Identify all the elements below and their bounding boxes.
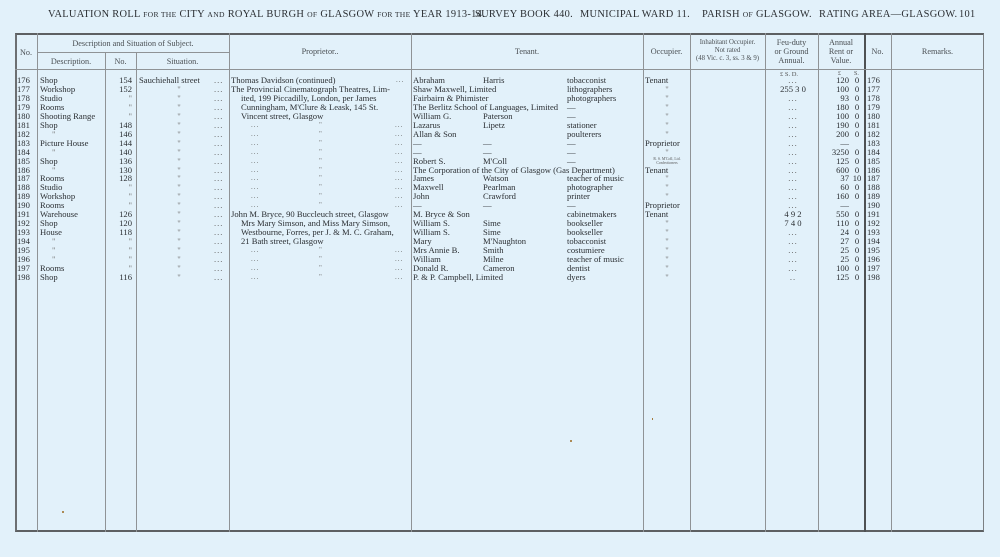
rent-shillings: 0 [851,192,863,201]
tenant-name: P. & P. Campbell, Limited [413,273,493,282]
paper-speck [652,418,653,420]
rent-shillings: 0 [851,273,863,282]
rating-area: RATING AREA—GLASGOW. [819,9,957,20]
header-proprietor: Proprietor.. [229,47,411,56]
header-inhabitant-line: Not rated [690,47,765,55]
rule [37,52,229,53]
header-no: No. [15,48,37,57]
occupier: " [645,148,689,157]
paper-speck [62,511,64,513]
parish: PARISH OF GLASGOW. [702,9,812,20]
tenant-trade: dyers [567,273,637,282]
survey-book: SURVEY BOOK 440. [475,9,573,20]
table-row: 177Workshop152"...Shaw Maxwell, Limitedl… [0,85,1000,94]
header-inhabitant-line: Inhabitant Occupier. [690,39,765,47]
rent-shillings: 0 [851,130,863,139]
table-row: 182"146"...Allan & Sonpoulterers"...2000… [0,130,1000,139]
description: House [40,228,104,237]
description: Shop [40,273,104,282]
table-row: 189Workshop""...JohnCrawfordprinter"...1… [0,192,1000,201]
header-situation: Situation. [136,57,229,66]
header-desc-group: Description and Situation of Subject. [37,39,229,48]
feu-duty: .. [768,273,818,282]
tenant-trade: poulterers [567,130,637,139]
header-rent-line: Value. [818,56,864,65]
description: Picture House [40,139,104,148]
title-valuation-roll: VALUATION ROLL FOR THE CITY AND ROYAL BU… [48,9,485,20]
tenant-surname: Crawford [483,192,553,201]
header-description: Description. [37,57,105,66]
page-title: VALUATION ROLL FOR THE CITY AND ROYAL BU… [48,9,998,23]
description: Shop [40,121,104,130]
table-row: 181Shop148"...LazarusLipetzstationer"...… [0,121,1000,130]
rent-pounds: 125 [818,273,849,282]
tenant-trade: — [567,103,637,112]
table-row: 176Shop154Sauchiehall street...AbrahamHa… [0,76,1000,85]
table-row: 198Shop116"...P. & P. Campbell, Limitedd… [0,273,1000,282]
header-annual-rent: Annual Rent or Value. [818,38,864,65]
tenant-name: John [413,192,493,201]
header-tenant: Tenant. [411,47,643,56]
tenant-name: Allan & Son [413,130,493,139]
tenant-surname: — [483,139,553,148]
header-remarks: Remarks. [891,47,984,56]
header-feu-line: Annual. [765,56,818,65]
row-number-right: 198 [867,273,889,282]
header-feu-line: Feu-duty [765,38,818,47]
description: Shop [40,157,104,166]
street-number: 116 [107,273,132,282]
situation: " [139,273,219,282]
proprietor-line: 21 Bath street, Glasgow [241,237,324,246]
tenant-trade: — [567,148,637,157]
leader-dots: ... [396,76,404,84]
tenant-trade: printer [567,192,637,201]
header-rent-line: Annual [818,38,864,47]
page-number: 101 [959,9,976,20]
municipal-ward: MUNICIPAL WARD 11. [580,9,690,20]
tenant-name: — [413,139,493,148]
table-row: 190Rooms""...———Proprietor...—190 [0,201,1000,210]
header-feu-duty: Feu-duty or Ground Annual. [765,38,818,65]
header-number: No. [105,57,136,66]
header-occupier: Occupier. [643,47,690,56]
header-rent-line: Rent or [818,47,864,56]
proprietor-line: Vincent street, Glasgow [241,112,323,121]
tenant-surname: Lipetz [483,121,553,130]
header-feu-line: or Ground [765,47,818,56]
occupier: " [645,273,689,282]
header-inhabitant: Inhabitant Occupier. Not rated (48 Vic. … [690,39,765,63]
table-row: 183Picture House144"...———Proprietor...—… [0,139,1000,148]
leader-dots: ... [214,273,223,282]
paper-speck [570,440,572,442]
header-inhabitant-line: (48 Vic. c. 3, ss. 3 & 9) [690,55,765,63]
tenant-trade: photographers [567,94,637,103]
tenant-trade: — [567,139,637,148]
row-number: 198 [17,273,37,282]
occupier: R. S. M'Coll, Ltd. Confectioners [644,157,690,165]
tenant-surname: — [483,201,553,210]
header-no-right: No. [864,47,891,56]
